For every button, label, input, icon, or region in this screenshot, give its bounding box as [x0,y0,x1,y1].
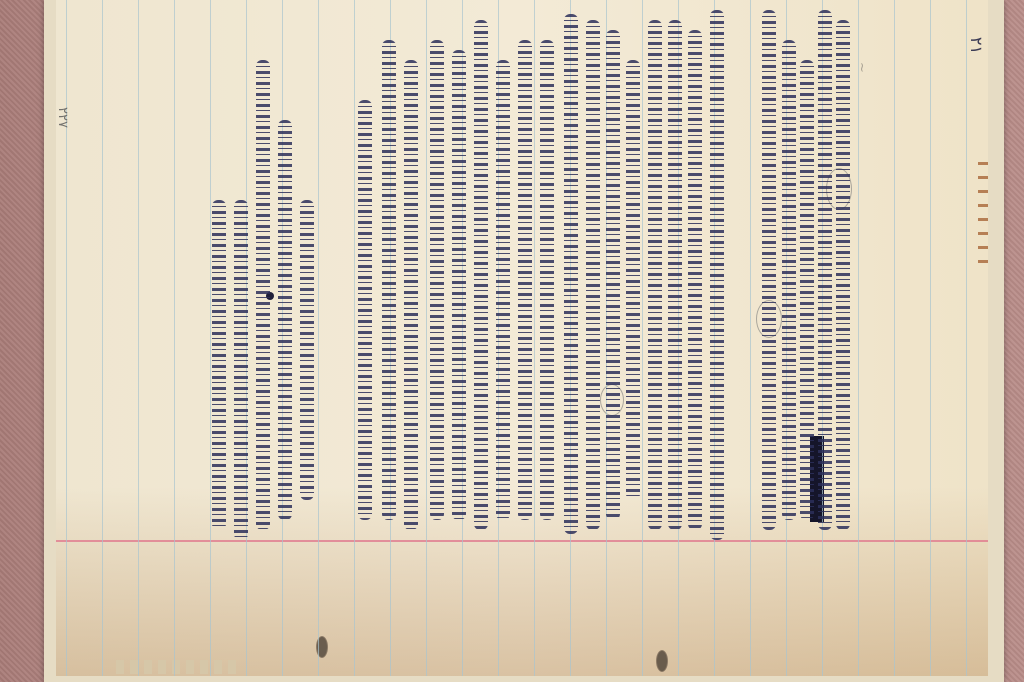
handwritten-text-line [626,60,640,500]
handwritten-text-line [430,40,444,520]
handwritten-text-line [404,60,418,530]
handwritten-text-line [496,60,510,520]
ruled-line [750,0,751,676]
ruled-line [966,0,967,676]
handwritten-text-line [256,60,270,530]
handwritten-text-line [782,40,796,520]
handwritten-text-line [358,100,372,520]
ruled-line [426,0,427,676]
handwritten-text-line [648,20,662,530]
handwritten-text-line [278,120,292,520]
handwritten-text-line [688,30,702,530]
ruled-line [174,0,175,676]
manuscript-page: ٢١ عطوف ~ [56,0,988,676]
page-number: ٢١ [967,37,986,54]
handwritten-text-line [474,20,488,530]
ruled-line [894,0,895,676]
handwritten-text-line [606,30,620,520]
ruled-line [642,0,643,676]
ruled-line [318,0,319,676]
torn-edge [116,660,236,674]
handwritten-text-line [710,10,724,540]
handwritten-text-line [452,50,466,520]
handwritten-text-line [762,10,776,530]
ruled-line [138,0,139,676]
margin-line [56,540,988,542]
ruled-line [102,0,103,676]
handwritten-text-line [818,10,832,530]
ruled-line [534,0,535,676]
handwritten-text-line [668,20,682,530]
handwritten-text-line [212,200,226,530]
handwritten-text-line [586,20,600,530]
ruled-line [930,0,931,676]
edge-annotation: ٢٢٧ [55,107,70,128]
handwritten-text-line [540,40,554,520]
rust-stain [978,156,988,266]
handwritten-text-line [564,14,578,534]
handwritten-text-line [382,40,396,520]
handwritten-text-line [800,60,814,520]
ruled-line [66,0,67,676]
handwritten-text-line [836,20,850,530]
handwritten-text-line [300,200,314,500]
handwritten-text-line [234,200,248,540]
punch-hole [656,650,668,672]
pencil-annotation: ~ [854,62,869,73]
handwritten-text-line [518,40,532,520]
ruled-line [354,0,355,676]
ruled-line [858,0,859,676]
ruled-line [210,0,211,676]
